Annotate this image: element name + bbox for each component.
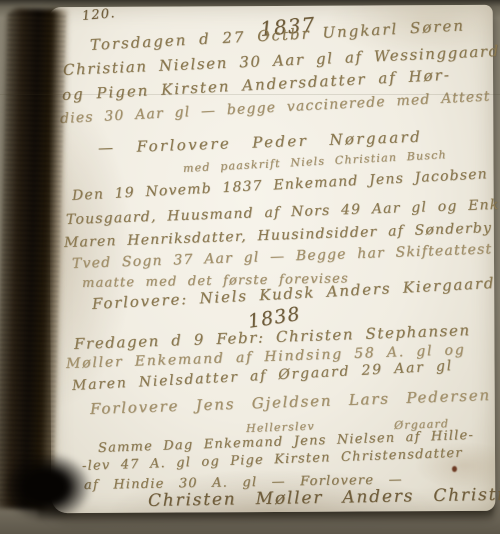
handwritten-line: Hellerslev bbox=[246, 420, 315, 435]
photo-scratch-line bbox=[0, 94, 500, 95]
scanned-parish-register-photo: 120. 1837 1838 Torsdagen d 27 Octbr Ungk… bbox=[0, 0, 500, 534]
book-spine-bottom-corner bbox=[2, 452, 92, 522]
page-number: 120. bbox=[81, 6, 116, 24]
ink-blot bbox=[452, 466, 457, 472]
